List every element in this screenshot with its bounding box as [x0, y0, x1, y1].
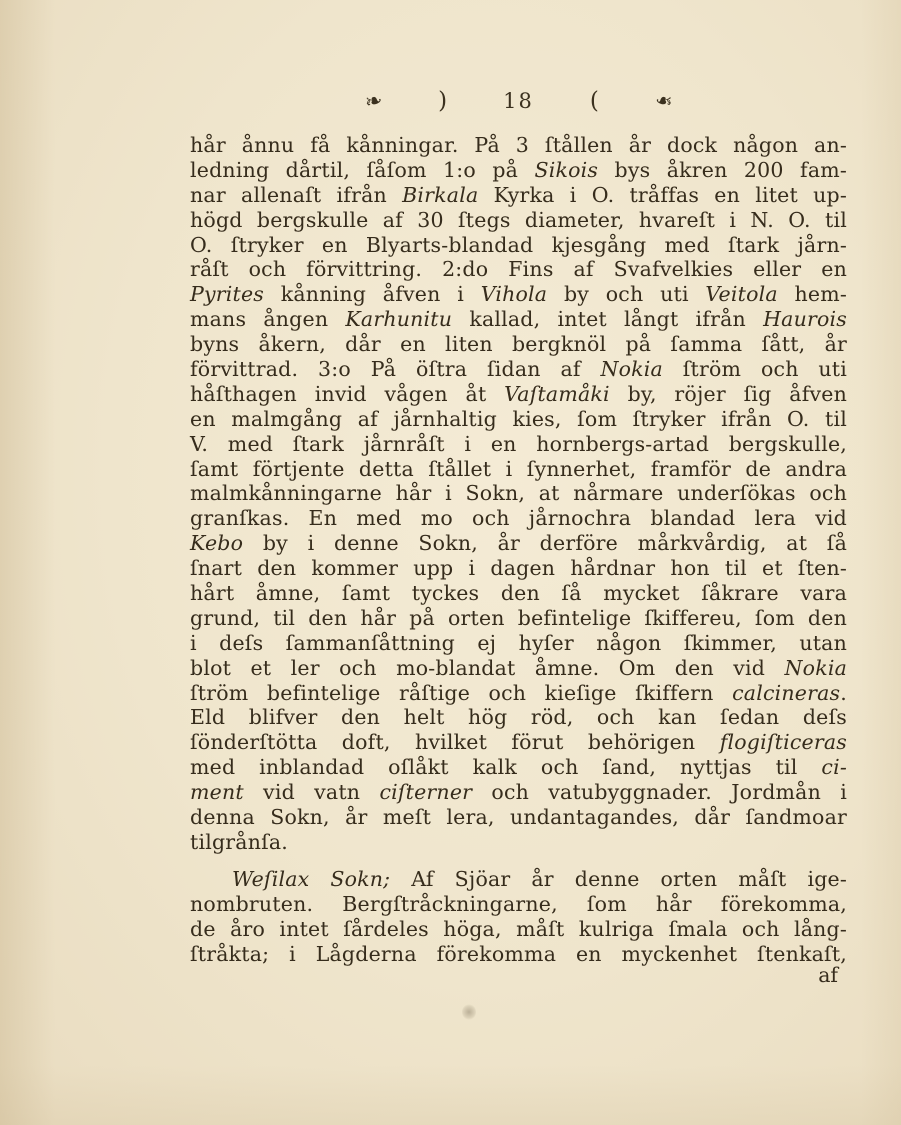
- catchword: af: [818, 963, 838, 987]
- text-line: Pyrites kånning åfven i Vihola by och ut…: [190, 282, 847, 307]
- text-line: Weſilax Sokn; Af Sjöar år denne orten må…: [190, 867, 847, 892]
- text-block: hår ånnu få kånningar. På 3 ſtållen år d…: [190, 133, 847, 966]
- text-line: mans ången Karhunitu kallad, intet långt…: [190, 307, 847, 332]
- page-number: 18: [503, 89, 534, 113]
- paren-close: (: [590, 88, 599, 114]
- text-line: V. med ſtark jårnråſt i en hornbergs-art…: [190, 432, 847, 457]
- text-line: O. ſtryker en Blyarts-blandad kjesgång m…: [190, 233, 847, 258]
- text-line: Kebo by i denne Sokn, år derföre mårkvår…: [190, 531, 847, 556]
- ink-smudge: [462, 1004, 476, 1020]
- text-line: Eld blifver den helt hög röd, och kan ſe…: [190, 705, 847, 730]
- text-line: de åro intet ſårdeles höga, måſt kulriga…: [190, 917, 847, 942]
- text-line: i deſs ſammanſåttning ej hyſer någon ſki…: [190, 631, 847, 656]
- text-line: råſt och förvittring. 2:do Fins af Svafv…: [190, 257, 847, 282]
- text-line: hårt åmne, ſamt tyckes den ſå mycket ſåk…: [190, 581, 847, 606]
- floral-ornament-left-icon: ❧: [363, 89, 385, 113]
- text-line: ſtröm befintelige råſtige och kieſige ſk…: [190, 681, 847, 706]
- text-line: blot et ler och mo-blandat åmne. Om den …: [190, 656, 847, 681]
- paren-open: ): [438, 88, 447, 114]
- text-line: högd bergskulle af 30 ſtegs diameter, hv…: [190, 208, 847, 233]
- floral-ornament-right-icon: ❧: [653, 89, 673, 112]
- text-line: byns åkern, dår en liten bergknöl på ſam…: [190, 332, 847, 357]
- paragraph: Weſilax Sokn; Af Sjöar år denne orten må…: [190, 867, 847, 967]
- text-line: tilgrånſa.: [190, 830, 847, 855]
- text-line: ſönderſtötta doft, hvilket förut behörig…: [190, 730, 847, 755]
- paragraph: hår ånnu få kånningar. På 3 ſtållen år d…: [190, 133, 847, 855]
- text-line: med inblandad oſlåkt kalk och ſand, nytt…: [190, 755, 847, 780]
- page-header: ❧ ) 18 ( ❧: [190, 88, 847, 114]
- text-line: ment vid vatn ciſterner och vatubyggnade…: [190, 780, 847, 805]
- text-line: grund, til den hår på orten befintelige …: [190, 606, 847, 631]
- text-line: granſkas. En med mo och jårnochra blanda…: [190, 506, 847, 531]
- text-line: en malmgång af jårnhaltig kies, ſom ſtry…: [190, 407, 847, 432]
- text-line: ſnart den kommer upp i dagen hårdnar hon…: [190, 556, 847, 581]
- text-line: denna Sokn, år meſt lera, undantagandes,…: [190, 805, 847, 830]
- text-line: håſthagen invid vågen åt Vaſtamåki by, r…: [190, 382, 847, 407]
- text-line: nombruten. Bergſtråckningarne, ſom hår f…: [190, 892, 847, 917]
- text-line: nar allenaſt ifrån Birkala Kyrka i O. tr…: [190, 183, 847, 208]
- text-line: förvittrad. 3:o På öſtra ſidan af Nokia …: [190, 357, 847, 382]
- text-line: ledning dårtil, ſåſom 1:o på Sikois bys …: [190, 158, 847, 183]
- book-page: ❧ ) 18 ( ❧ hår ånnu få kånningar. På 3 ſ…: [0, 0, 901, 1125]
- text-line: ſamt förtjente detta ſtållet i ſynnerhet…: [190, 457, 847, 482]
- text-line: hår ånnu få kånningar. På 3 ſtållen år d…: [190, 133, 847, 158]
- text-line: ſtråkta; i Lågderna förekomma en myckenh…: [190, 942, 847, 967]
- text-line: malmkånningarne hår i Sokn, at nårmare u…: [190, 481, 847, 506]
